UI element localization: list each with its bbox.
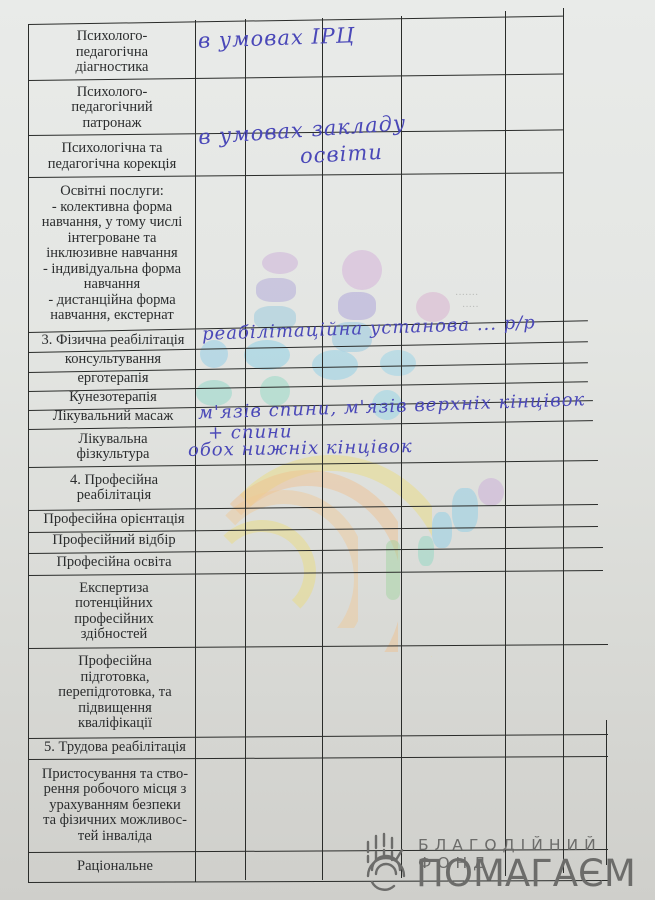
row-label-educational-services: Освітні послуги: - колективна форма навч… <box>29 178 195 330</box>
row-label-psych-ped-patronage: Психолого- педагогічний патронаж <box>29 81 195 135</box>
row-label-psych-ped-diagnostics: Психолого- педагогічна діагностика <box>29 25 195 80</box>
handwritten-note-correction-line2: освіти <box>299 140 383 168</box>
row-label-rational: Раціональне <box>29 852 201 881</box>
row-label-abilities-expertise: Експертиза потенційних професійних здібн… <box>29 575 199 648</box>
row-label-therapeutic-massage: Лікувальний масаж <box>29 407 197 427</box>
row-label-professional-selection: Професійний відбір <box>29 530 199 552</box>
row-label-labor-rehab: 5. Трудова реабілітація <box>29 737 201 759</box>
hand-fingerprint-icon <box>362 832 412 892</box>
row-label-ergotherapy: ерготерапія <box>29 369 197 389</box>
scanned-form-page: ······· ····· Психолого- педаго <box>0 0 655 900</box>
row-label-psych-ped-correction: Психологічна та педагогічна корекція <box>29 136 195 177</box>
row-label-professional-training: Професійна підготовка, перепідготовка, т… <box>29 648 201 738</box>
handwritten-note-diagnostics: в умовах ІРЦ <box>198 23 356 52</box>
handwritten-note-exercise-line2: обох нижніх кінцівок <box>188 436 413 461</box>
bleed-through-text: ····· <box>462 302 479 313</box>
row-label-exercise-therapy: Лікувальна фізкультура <box>29 427 197 467</box>
row-label-professional-education: Професійна освіта <box>29 552 199 574</box>
row-label-kinesiotherapy: Кунезотерапія <box>29 388 197 408</box>
row-label-workplace-adaptation: Пристосування та ство- рення робочого мі… <box>29 759 201 852</box>
bleed-through-text: ······· <box>455 290 478 301</box>
row-label-professional-rehab: 4. Професійна реабілітація <box>29 466 199 510</box>
row-label-physical-rehab: 3. Фізична реабілітація <box>29 330 197 351</box>
row-label-consulting: консультування <box>29 350 197 370</box>
row-label-career-orientation: Професійна орієнтація <box>29 509 199 531</box>
charity-fund-name: ПОМАГАЄМ <box>416 852 636 895</box>
